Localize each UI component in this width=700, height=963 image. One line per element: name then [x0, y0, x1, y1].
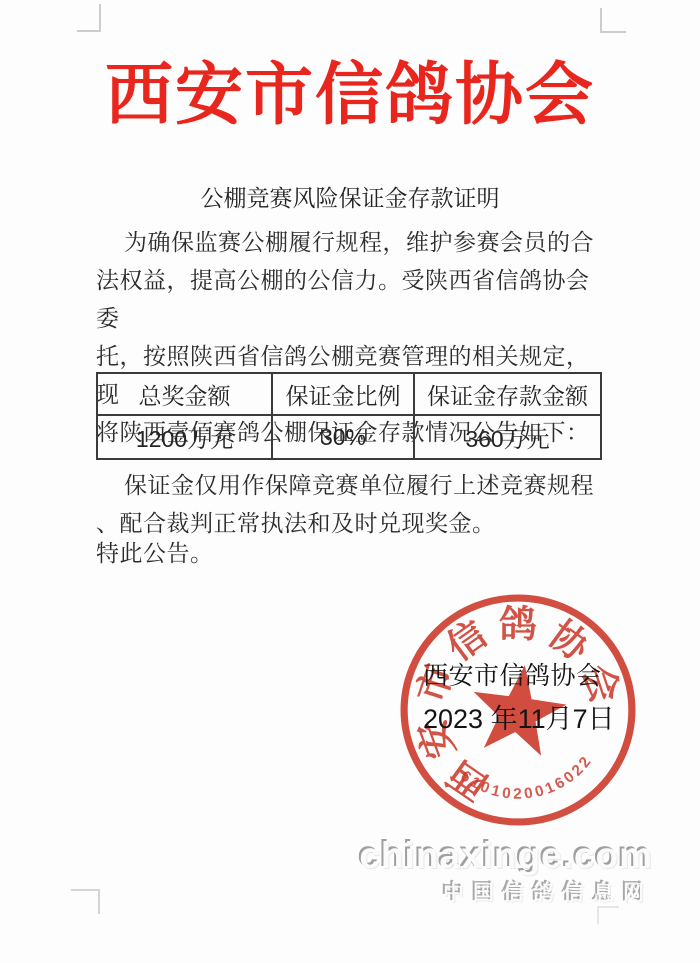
document-subtitle: 公棚竞赛风险保证金存款证明 [0, 179, 700, 217]
table-cell-deposit-ratio: 30% [272, 415, 414, 459]
association-title: 西安市信鸽协会 [0, 50, 700, 140]
table-header-row: 总奖金额 保证金比例 保证金存款金额 [97, 373, 601, 415]
seal-char: 鸽 [499, 603, 537, 645]
table-cell-deposit-amount: 360万元 [414, 415, 601, 459]
seal-overlay-organization: 西安市信鸽协会 [423, 662, 602, 690]
deposit-table: 总奖金额 保证金比例 保证金存款金额 1200万元 30% 360万元 [96, 372, 602, 460]
crop-mark-top-right [600, 8, 626, 33]
watermark-site-name: 中国信鸽信息网 [359, 882, 653, 906]
table-value-row: 1200万元 30% 360万元 [97, 415, 601, 459]
paragraph-purpose: 保证金仅用作保障竞赛单位履行上述竞赛规程 、配合裁判正常执法和及时兑现奖金。 [96, 466, 606, 542]
crop-mark-bottom-right [597, 906, 619, 924]
watermark-site-url: chinaxinge.com [359, 836, 653, 876]
paragraph-line: 保证金仅用作保障竞赛单位履行上述竞赛规程 [96, 466, 606, 504]
paragraph-line: 为确保监赛公棚履行规程，维护参赛会员的合 [96, 223, 606, 261]
seal-overlay-date: 2023 年11月7日 [423, 704, 615, 734]
paragraph-line: 法权益，提高公棚的公信力。受陕西省信鸽协会委 [96, 261, 606, 337]
site-watermark: chinaxinge.com 中国信鸽信息网 [359, 836, 653, 906]
table-header-deposit-amount: 保证金存款金额 [414, 373, 601, 415]
crop-mark-top-left [77, 4, 101, 32]
crop-mark-bottom-left [71, 889, 100, 914]
closing-statement: 特此公告。 [96, 534, 606, 572]
table-header-total-prize: 总奖金额 [97, 373, 272, 415]
table-header-deposit-ratio: 保证金比例 [272, 373, 414, 415]
table-cell-total-prize: 1200万元 [97, 415, 272, 459]
document-photo: 西安市信鸽协会 公棚竞赛风险保证金存款证明 为确保监赛公棚履行规程，维护参赛会员… [0, 0, 700, 963]
